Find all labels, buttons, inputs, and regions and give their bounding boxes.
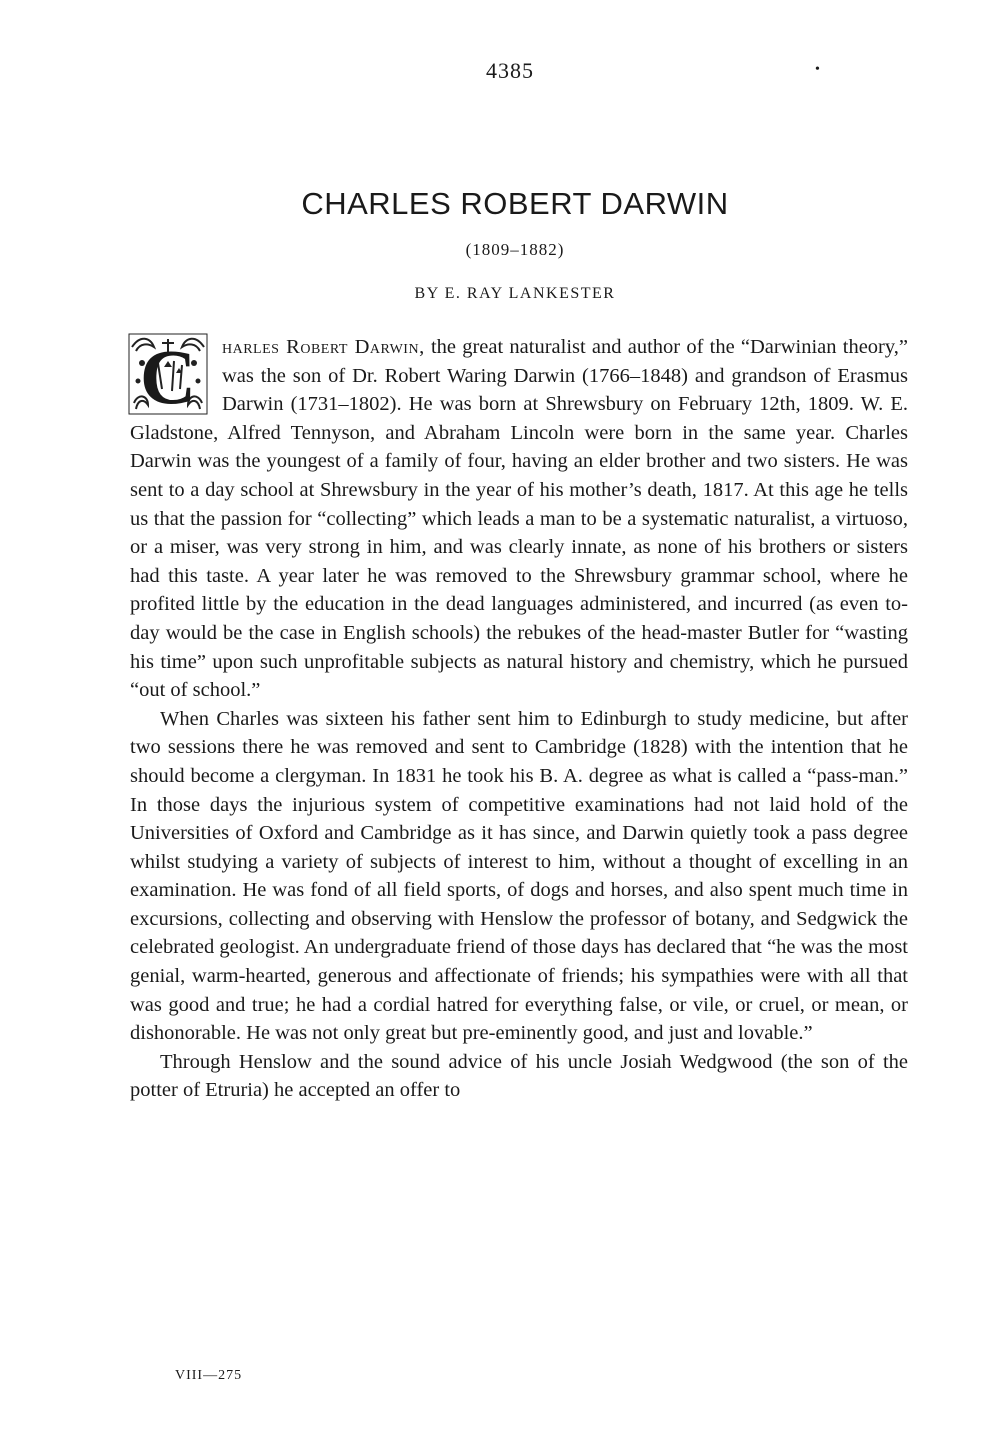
svg-text:C: C bbox=[140, 333, 196, 415]
paragraph-2: When Charles was sixteen his father sent… bbox=[130, 705, 908, 1048]
signature-mark: VIII—275 bbox=[175, 1368, 242, 1384]
ornamental-dropcap-icon: C bbox=[128, 333, 208, 415]
stray-mark: • bbox=[815, 62, 820, 78]
paragraph-1-text: the great naturalist and author of the “… bbox=[130, 336, 908, 701]
life-dates: (1809–1882) bbox=[0, 240, 1000, 260]
article-title: CHARLES ROBERT DARWIN bbox=[0, 186, 1000, 222]
lead-name: harles Robert Darwin, bbox=[222, 336, 425, 358]
byline: BY E. RAY LANKESTER bbox=[0, 285, 1000, 303]
article-body: C harles Robert Darwin, the great natura… bbox=[130, 333, 908, 1105]
page-number: 4385 bbox=[0, 58, 1000, 84]
paragraph-1: C harles Robert Darwin, the great natura… bbox=[130, 333, 908, 705]
paragraph-3: Through Henslow and the sound advice of … bbox=[130, 1048, 908, 1105]
